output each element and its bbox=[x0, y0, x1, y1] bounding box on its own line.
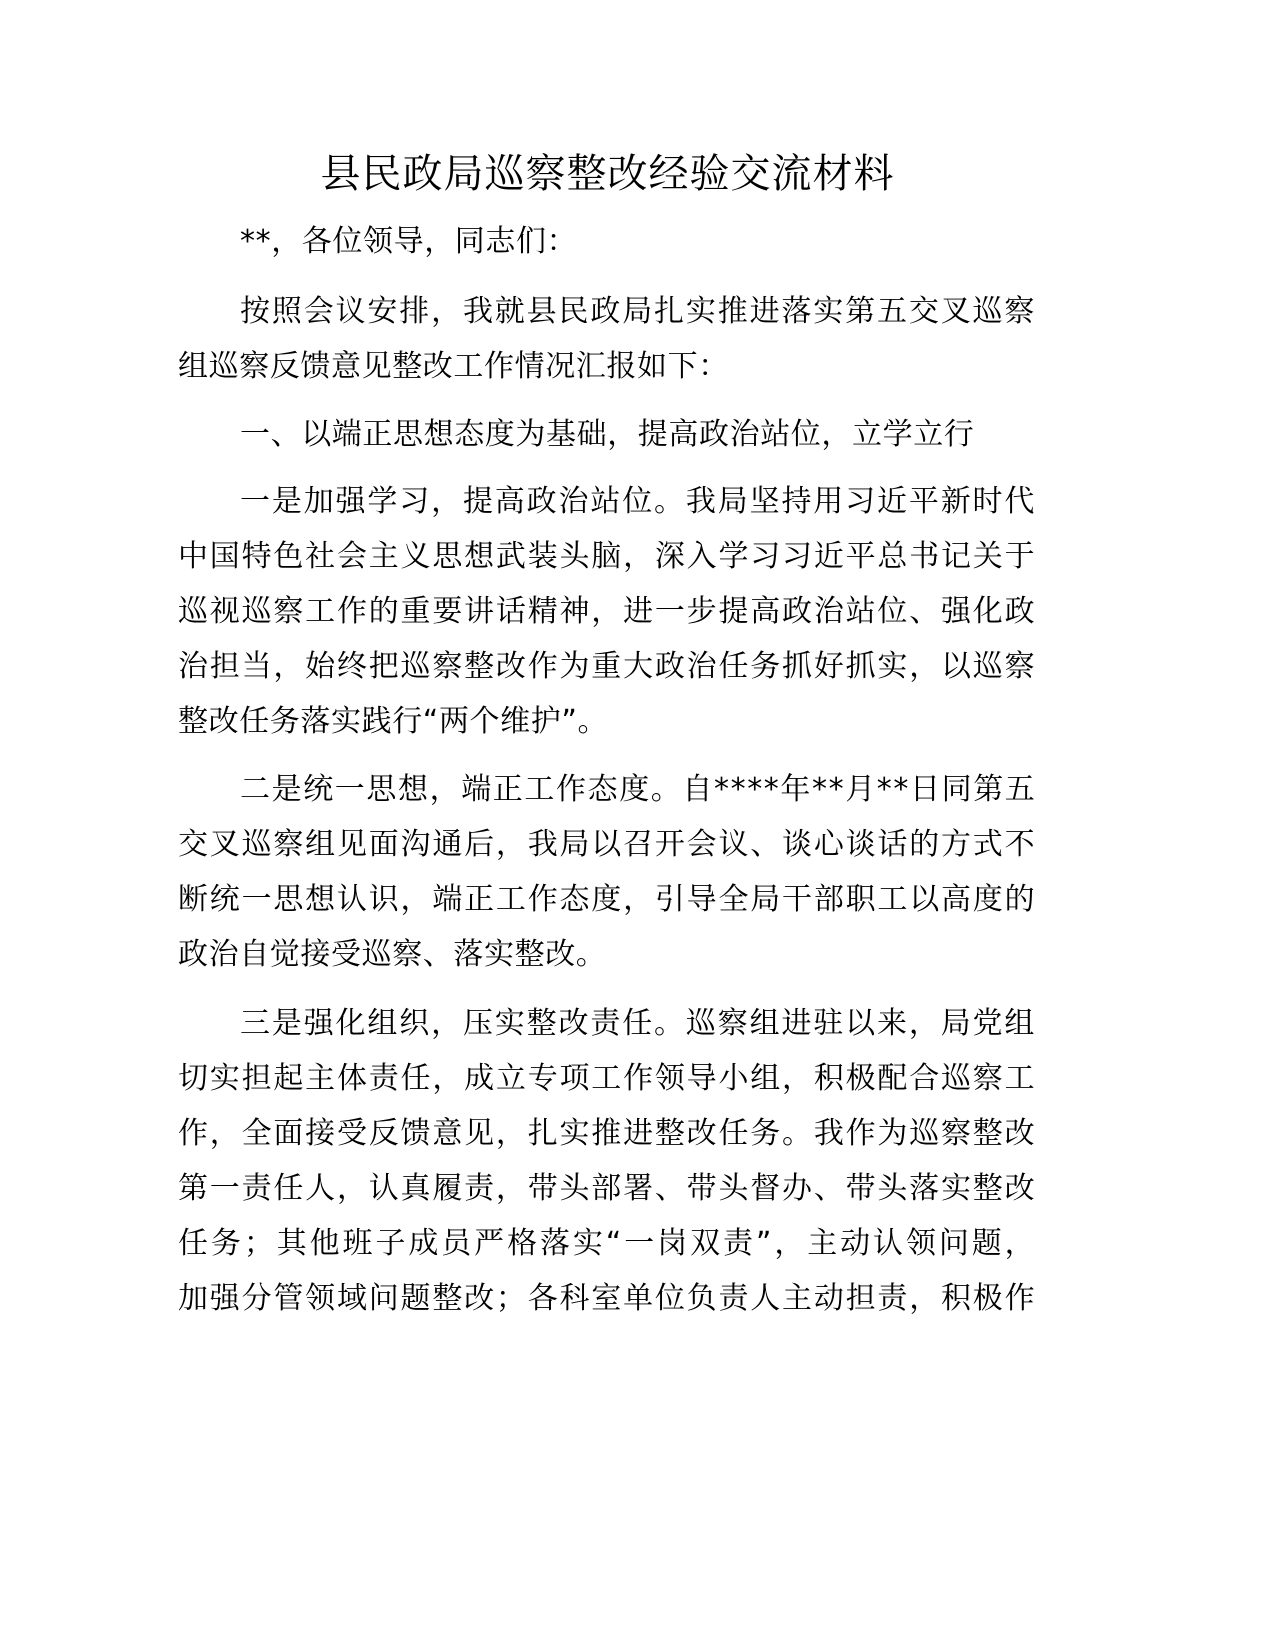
paragraph-line: 中国特色社会主义思想武装头脑，深入学习习近平总书记关于 bbox=[178, 537, 1036, 577]
paragraph-line: 政治自觉接受巡察、落实整改。 bbox=[178, 935, 606, 975]
paragraph-line: 第一责任人，认真履责，带头部署、带头督办、带头落实整改 bbox=[178, 1169, 1036, 1209]
document-page: 县民政局巡察整改经验交流材料 **，各位领导，同志们：按照会议安排，我就县民政局… bbox=[0, 0, 1275, 1650]
paragraph-line: 整改任务落实践行“两个维护”。 bbox=[178, 702, 608, 742]
paragraph-first-line: 三是强化组织，压实整改责任。巡察组进驻以来，局党组 bbox=[240, 1004, 1036, 1044]
paragraph-line: 切实担起主体责任，成立专项工作领导小组，积极配合巡察工 bbox=[178, 1059, 1036, 1099]
paragraph-first-line: 二是统一思想，端正工作态度。自****年**月**日同第五 bbox=[240, 770, 1036, 810]
paragraph-line: 加强分管领域问题整改；各科室单位负责人主动担责，积极作 bbox=[178, 1279, 1036, 1319]
paragraph-line: 巡视巡察工作的重要讲话精神，进一步提高政治站位、强化政 bbox=[178, 592, 1036, 632]
paragraph-first-line: 一、以端正思想态度为基础，提高政治站位，立学立行 bbox=[240, 415, 974, 455]
document-title: 县民政局巡察整改经验交流材料 bbox=[0, 146, 1215, 202]
paragraph-first-line: 一是加强学习，提高政治站位。我局坚持用习近平新时代 bbox=[240, 482, 1036, 522]
paragraph-line: 作，全面接受反馈意见，扎实推进整改任务。我作为巡察整改 bbox=[178, 1114, 1036, 1154]
paragraph-line: 交叉巡察组见面沟通后，我局以召开会议、谈心谈话的方式不 bbox=[178, 825, 1036, 865]
paragraph-line: 治担当，始终把巡察整改作为重大政治任务抓好抓实，以巡察 bbox=[178, 647, 1036, 687]
paragraph-first-line: 按照会议安排，我就县民政局扎实推进落实第五交叉巡察 bbox=[240, 292, 1036, 332]
paragraph-line: 断统一思想认识，端正工作态度，引导全局干部职工以高度的 bbox=[178, 880, 1036, 920]
paragraph-first-line: **，各位领导，同志们： bbox=[240, 222, 577, 262]
paragraph-line: 组巡察反馈意见整改工作情况汇报如下： bbox=[178, 347, 729, 387]
paragraph-line: 任务；其他班子成员严格落实“一岗双责”，主动认领问题， bbox=[178, 1224, 1038, 1264]
